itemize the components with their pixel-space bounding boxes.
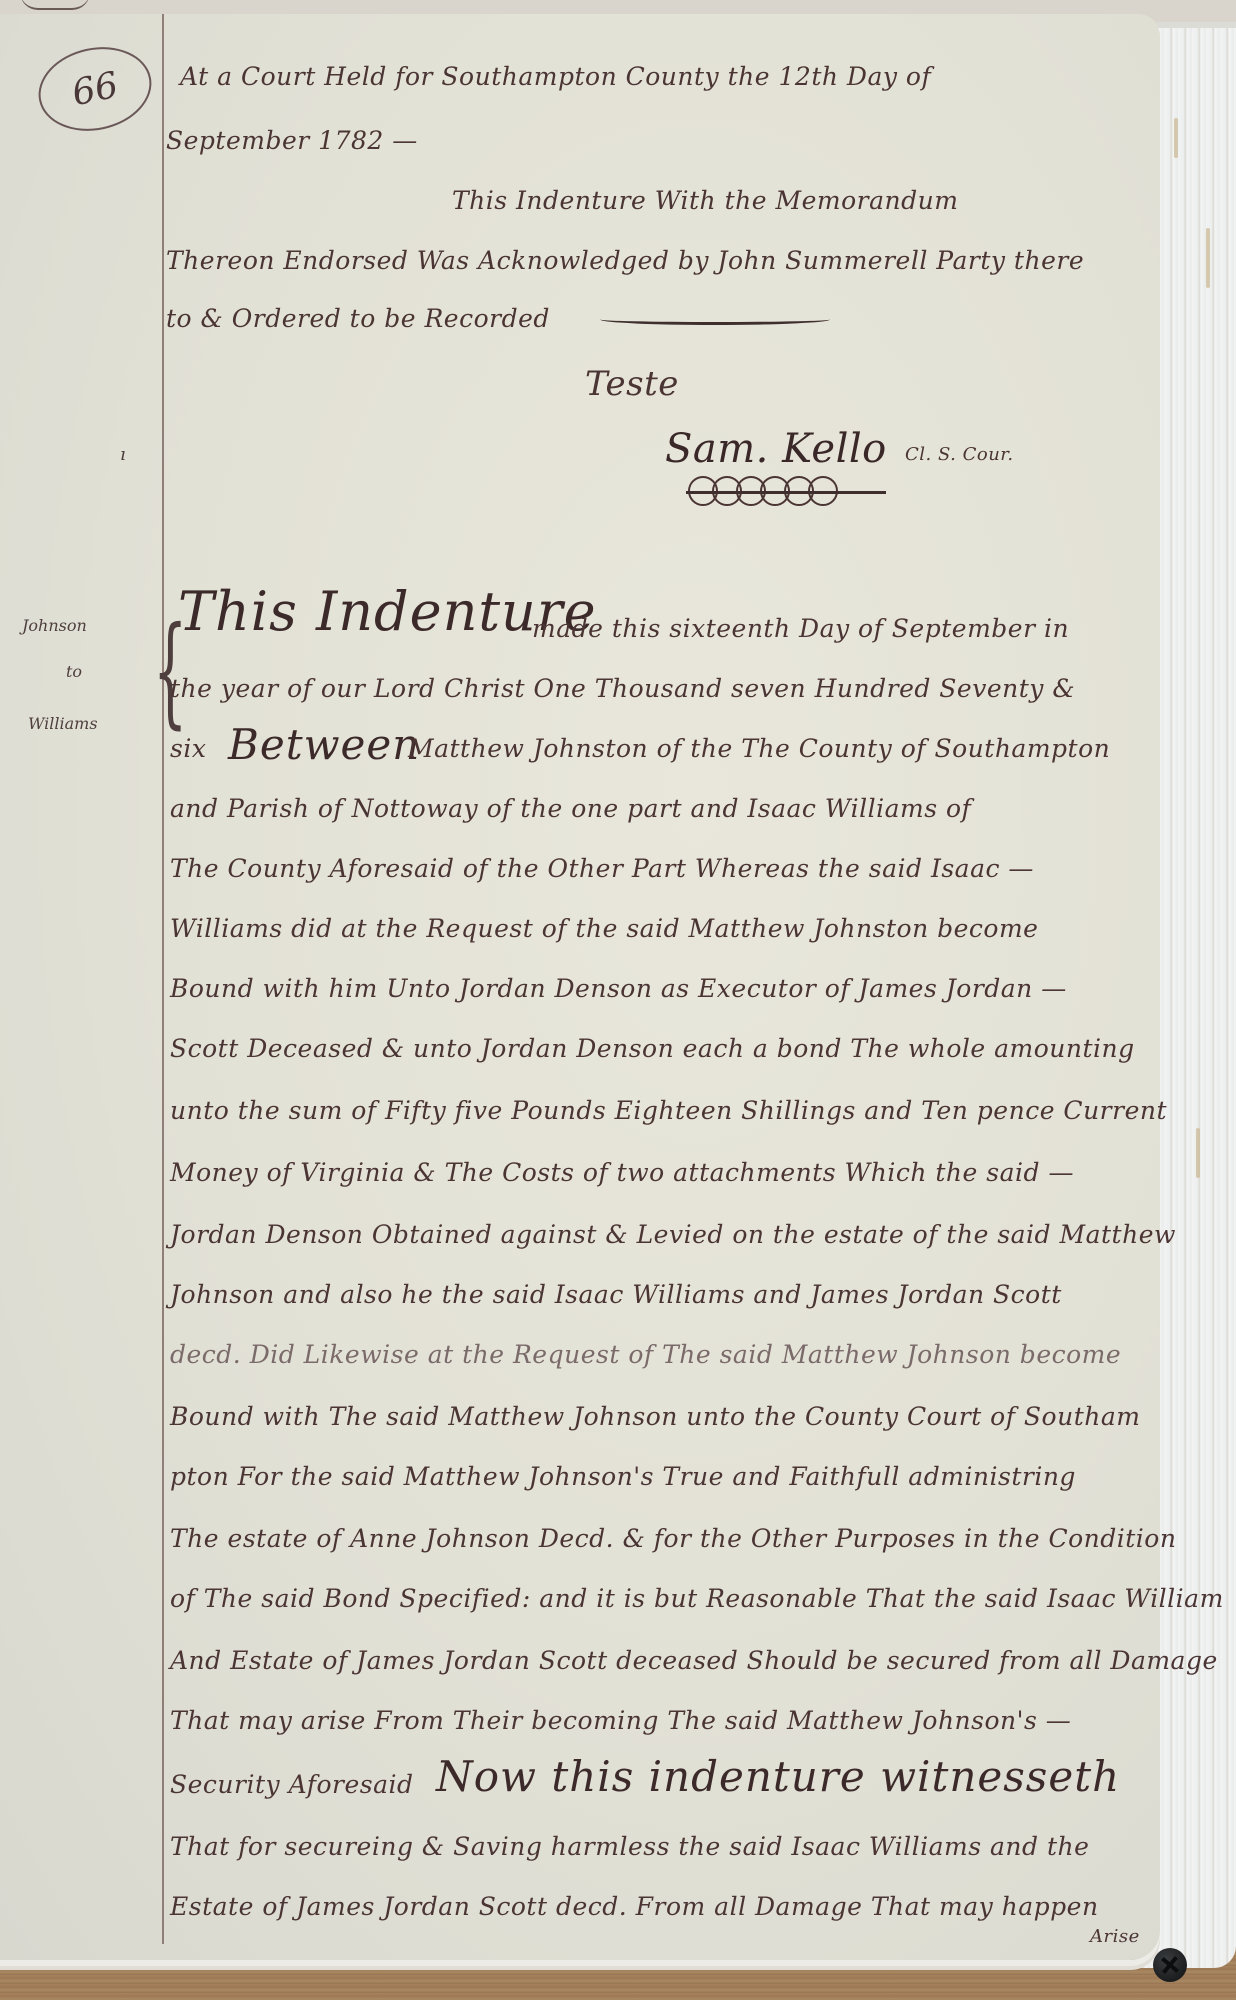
foxing-spot — [1206, 228, 1210, 288]
indenture-line-3-start: six — [170, 734, 206, 763]
indenture-line-15: pton For the said Matthew Johnson's True… — [170, 1462, 1076, 1491]
indenture-line-8: Scott Deceased & unto Jordan Denson each… — [170, 1034, 1135, 1063]
indenture-line-17: of The said Bond Specified: and it is bu… — [170, 1584, 1224, 1613]
indenture-line-1: made this sixteenth Day of September in — [532, 614, 1069, 643]
clerk-title: Cl. S. Cour. — [905, 444, 1014, 465]
indenture-line-9: unto the sum of Fifty five Pounds Eighte… — [170, 1096, 1167, 1125]
ledger-page: 66 At a Court Held for Southampton Count… — [0, 14, 1160, 1960]
previous-page-curl — [20, 0, 90, 10]
indenture-line-4: and Parish of Nottoway of the one part a… — [170, 794, 971, 823]
court-record-line-5: to & Ordered to be Recorded — [166, 304, 550, 333]
folio-number: 66 — [31, 37, 160, 141]
indenture-line-10: Money of Virginia & The Costs of two att… — [170, 1158, 1074, 1187]
foxing-spot — [1196, 1128, 1200, 1178]
indenture-line-3: Matthew Johnston of the The County of So… — [408, 734, 1110, 763]
margin-note-to-word: to — [66, 662, 82, 681]
margin-note-to: Williams — [28, 714, 98, 733]
indenture-line-2: the year of our Lord Christ One Thousand… — [170, 674, 1075, 703]
margin-note-from: Johnson — [22, 616, 87, 635]
indenture-line-13: decd. Did Likewise at the Request of The… — [170, 1340, 1121, 1369]
between-word: Between — [228, 720, 420, 769]
catchword: Arise — [1090, 1926, 1140, 1947]
foxing-spot — [1174, 118, 1178, 158]
indenture-line-20: Security Aforesaid — [170, 1770, 414, 1799]
indenture-line-18: And Estate of James Jordan Scott decease… — [170, 1646, 1218, 1675]
indenture-line-7: Bound with him Unto Jordan Denson as Exe… — [170, 974, 1067, 1003]
margin-tick: ı — [120, 444, 126, 465]
indenture-line-22: Estate of James Jordan Scott decd. From … — [170, 1892, 1099, 1921]
indenture-line-6: Williams did at the Request of the said … — [170, 914, 1038, 943]
screw-head — [1153, 1948, 1187, 1982]
indenture-line-19: That may arise From Their becoming The s… — [170, 1706, 1071, 1735]
indenture-line-11: Jordan Denson Obtained against & Levied … — [170, 1220, 1176, 1249]
court-record-line-1: At a Court Held for Southampton County t… — [180, 62, 931, 91]
margin-rule — [162, 14, 164, 1944]
court-record-line-2: September 1782 — — [166, 126, 418, 155]
teste-label: Teste — [585, 364, 679, 404]
court-record-line-3: This Indenture With the Memorandum — [452, 186, 958, 215]
indenture-line-12: Johnson and also he the said Isaac Willi… — [170, 1280, 1062, 1309]
court-record-line-4: Thereon Endorsed Was Acknowledged by Joh… — [166, 246, 1084, 275]
clerk-signature: Sam. Kello — [665, 426, 887, 472]
indenture-line-21: That for secureing & Saving harmless the… — [170, 1832, 1089, 1861]
indenture-line-5: The County Aforesaid of the Other Part W… — [170, 854, 1034, 883]
witnesseth-heading: Now this indenture witnesseth — [436, 1752, 1120, 1801]
indenture-line-16: The estate of Anne Johnson Decd. & for t… — [170, 1524, 1176, 1553]
signature-underline — [686, 491, 886, 494]
indenture-line-14: Bound with The said Matthew Johnson unto… — [170, 1402, 1140, 1431]
ink-flourish — [600, 314, 830, 325]
